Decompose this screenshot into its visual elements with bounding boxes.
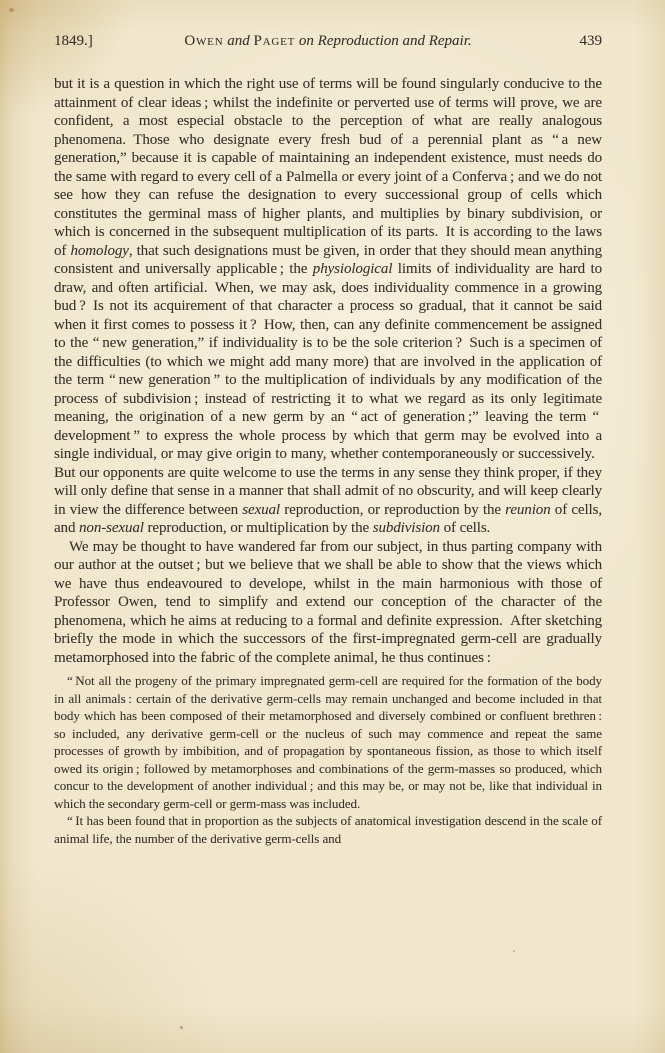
block-quote-paragraph-1: “ Not all the progeny of the primary imp…: [54, 672, 602, 812]
paper-speck: [180, 1026, 183, 1029]
header-year-label: 1849.]: [54, 33, 106, 50]
paragraph-we-may-be-thought: We may be thought to have wandered far f…: [54, 538, 602, 668]
paper-speck: [513, 950, 515, 952]
header-page-number: 439: [550, 33, 602, 50]
scanned-book-page: 1849.] Owen and Paget on Reproduction an…: [0, 0, 665, 1053]
paper-speck: [9, 8, 14, 12]
page-content: 1849.] Owen and Paget on Reproduction an…: [54, 33, 602, 847]
paragraph-continuation: but it is a question in which the right …: [54, 75, 602, 538]
body-text: but it is a question in which the right …: [54, 75, 602, 847]
block-quote-paragraph-2: “ It has been found that in proportion a…: [54, 812, 602, 847]
running-header: 1849.] Owen and Paget on Reproduction an…: [54, 33, 602, 50]
header-running-title: Owen and Paget on Reproduction and Repai…: [106, 33, 550, 50]
